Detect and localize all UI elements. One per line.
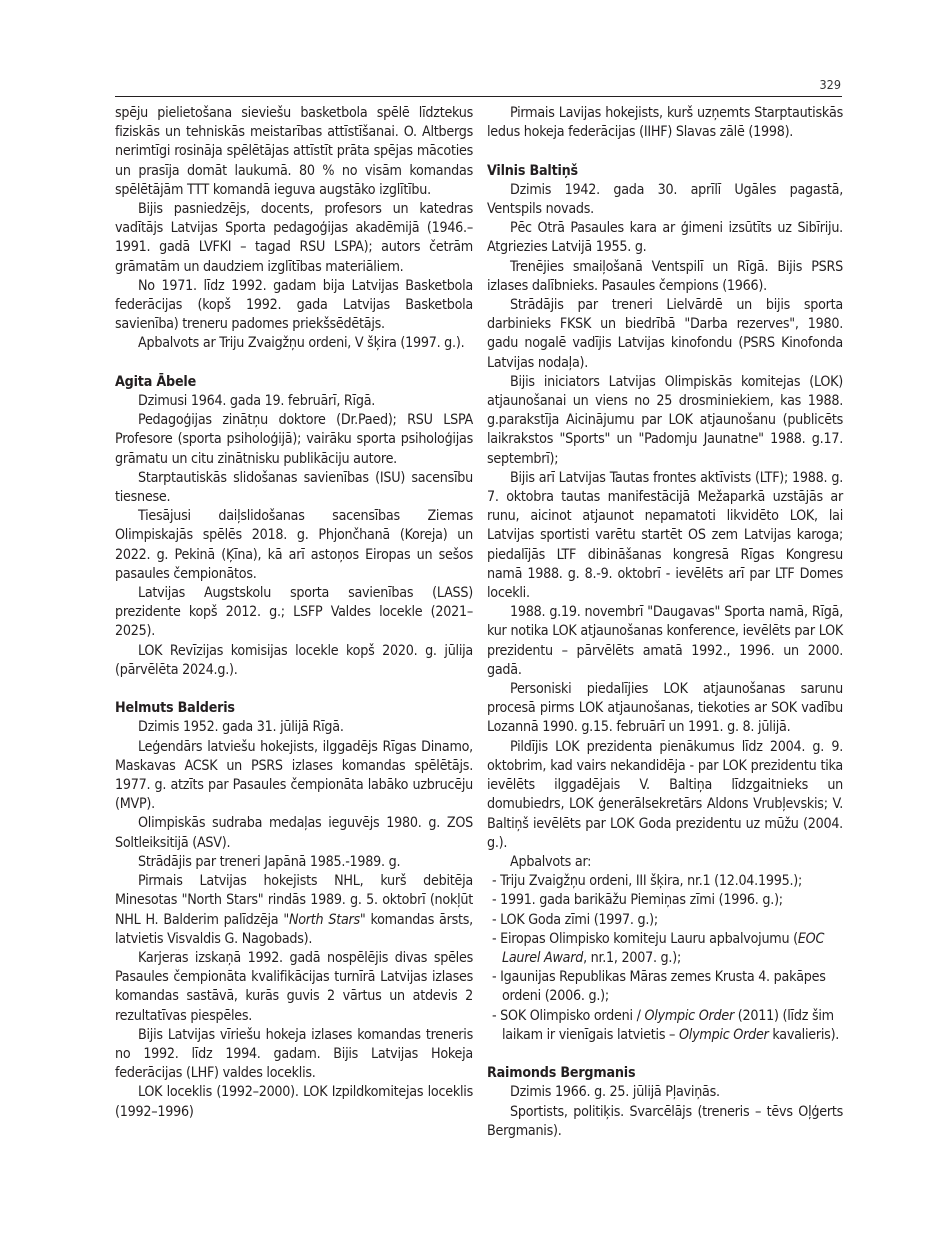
paragraph: 1988. g.19. novembrī "Daugavas" Sporta n…: [487, 603, 843, 680]
left-column: spēju pielietošana sieviešu basketbola s…: [115, 104, 473, 1122]
paragraph: Apbalvots ar Triju Zvaigžņu ordeni, V šķ…: [115, 334, 473, 353]
spacer: [115, 354, 473, 373]
spacer: [487, 1045, 843, 1064]
paragraph: Apbalvots ar:: [487, 853, 843, 872]
paragraph: Tiesājusi daiļslidošanas sacensības Ziem…: [115, 507, 473, 584]
italic-text: North Stars: [289, 912, 360, 928]
paragraph: Dzimis 1952. gada 31. jūlijā Rīgā.: [115, 718, 473, 737]
paragraph: Karjeras izskaņā 1992. gadā nospēlējis d…: [115, 949, 473, 1026]
entry-heading-agita-abele: Agita Ābele: [115, 373, 473, 392]
entry-heading-helmuts-balderis: Helmuts Balderis: [115, 699, 473, 718]
award-item: Triju Zvaigžņu ordeni, III šķira, nr.1 (…: [492, 872, 843, 891]
paragraph: No 1971. līdz 1992. gadam bija Latvijas …: [115, 277, 473, 335]
paragraph: Strādājis par treneri Japānā 1985.-1989.…: [115, 853, 473, 872]
paragraph: Pirmais Lavijas hokejists, kurš uzņemts …: [487, 104, 843, 142]
paragraph: LOK loceklis (1992–2000). LOK Izpildkomi…: [115, 1083, 473, 1121]
paragraph: Dzimis 1966. g. 25. jūlijā Pļaviņās.: [487, 1083, 843, 1102]
paragraph: Strādājis par treneri Lielvārdē un bijis…: [487, 296, 843, 373]
paragraph-nhl: Pirmais Latvijas hokejists NHL, kurš deb…: [115, 872, 473, 949]
paragraph: LOK Revīzijas komisijas locekle kopš 202…: [115, 642, 473, 680]
text: Eiropas Olimpisko komiteju Lauru apbalvo…: [500, 931, 798, 947]
paragraph: Dzimusi 1964. gada 19. februārī, Rīgā.: [115, 392, 473, 411]
entry-heading-vilnis-baltins: Vilnis Baltiņš: [487, 162, 843, 181]
paragraph: Bijis iniciators Latvijas Olimpiskās kom…: [487, 373, 843, 469]
awards-list: Triju Zvaigžņu ordeni, III šķira, nr.1 (…: [487, 872, 843, 1045]
paragraph: Pedagoģijas zinātņu doktore (Dr.Paed); R…: [115, 411, 473, 469]
paragraph: Sportists, politiķis. Svarcēlājs (trener…: [487, 1103, 843, 1141]
paragraph: Bijis arī Latvijas Tautas frontes aktīvi…: [487, 469, 843, 603]
right-column: Pirmais Lavijas hokejists, kurš uzņemts …: [487, 104, 843, 1141]
text: SOK Olimpisko ordeni /: [500, 1008, 644, 1024]
paragraph: Olimpiskās sudraba medaļas ieguvējs 1980…: [115, 814, 473, 852]
paragraph: Dzimis 1942. gada 30. aprīlī Ugāles paga…: [487, 181, 843, 219]
spacer: [115, 680, 473, 699]
italic-text: Olympic Order: [679, 1027, 769, 1043]
text: , nr.1, 2007. g.);: [583, 950, 681, 966]
paragraph: Pildījis LOK prezidenta pienākumus līdz …: [487, 738, 843, 853]
award-item: Eiropas Olimpisko komiteju Lauru apbalvo…: [492, 930, 843, 968]
paragraph: spēju pielietošana sieviešu basketbola s…: [115, 104, 473, 200]
entry-heading-raimonds-bergmanis: Raimonds Bergmanis: [487, 1064, 843, 1083]
paragraph: Latvijas Augstskolu sporta savienības (L…: [115, 584, 473, 642]
paragraph: Bijis pasniedzējs, docents, profesors un…: [115, 200, 473, 277]
award-item: Igaunijas Republikas Māras zemes Krusta …: [492, 968, 843, 1006]
paragraph: Bijis Latvijas vīriešu hokeja izlases ko…: [115, 1026, 473, 1084]
header-rule: [115, 96, 842, 97]
italic-text: Olympic Order: [644, 1008, 734, 1024]
award-item: SOK Olimpisko ordeni / Olympic Order (20…: [492, 1007, 843, 1045]
spacer: [487, 142, 843, 161]
paragraph: Personiski piedalījies LOK atjaunošanas …: [487, 680, 843, 738]
paragraph: Pēc Otrā Pasaules kara ar ģimeni izsūtīt…: [487, 219, 843, 257]
award-item: LOK Goda zīmi (1997. g.);: [492, 911, 843, 930]
page-number: 329: [820, 77, 841, 92]
paragraph: Leģendārs latviešu hokejists, ilggadējs …: [115, 738, 473, 815]
paragraph: Trenējies smaiļošanā Ventspilī un Rīgā. …: [487, 258, 843, 296]
paragraph: Starptautiskās slidošanas savienības (IS…: [115, 469, 473, 507]
award-item: 1991. gada barikāžu Piemiņas zīmi (1996.…: [492, 891, 843, 910]
text: kavalieris).: [769, 1027, 840, 1043]
